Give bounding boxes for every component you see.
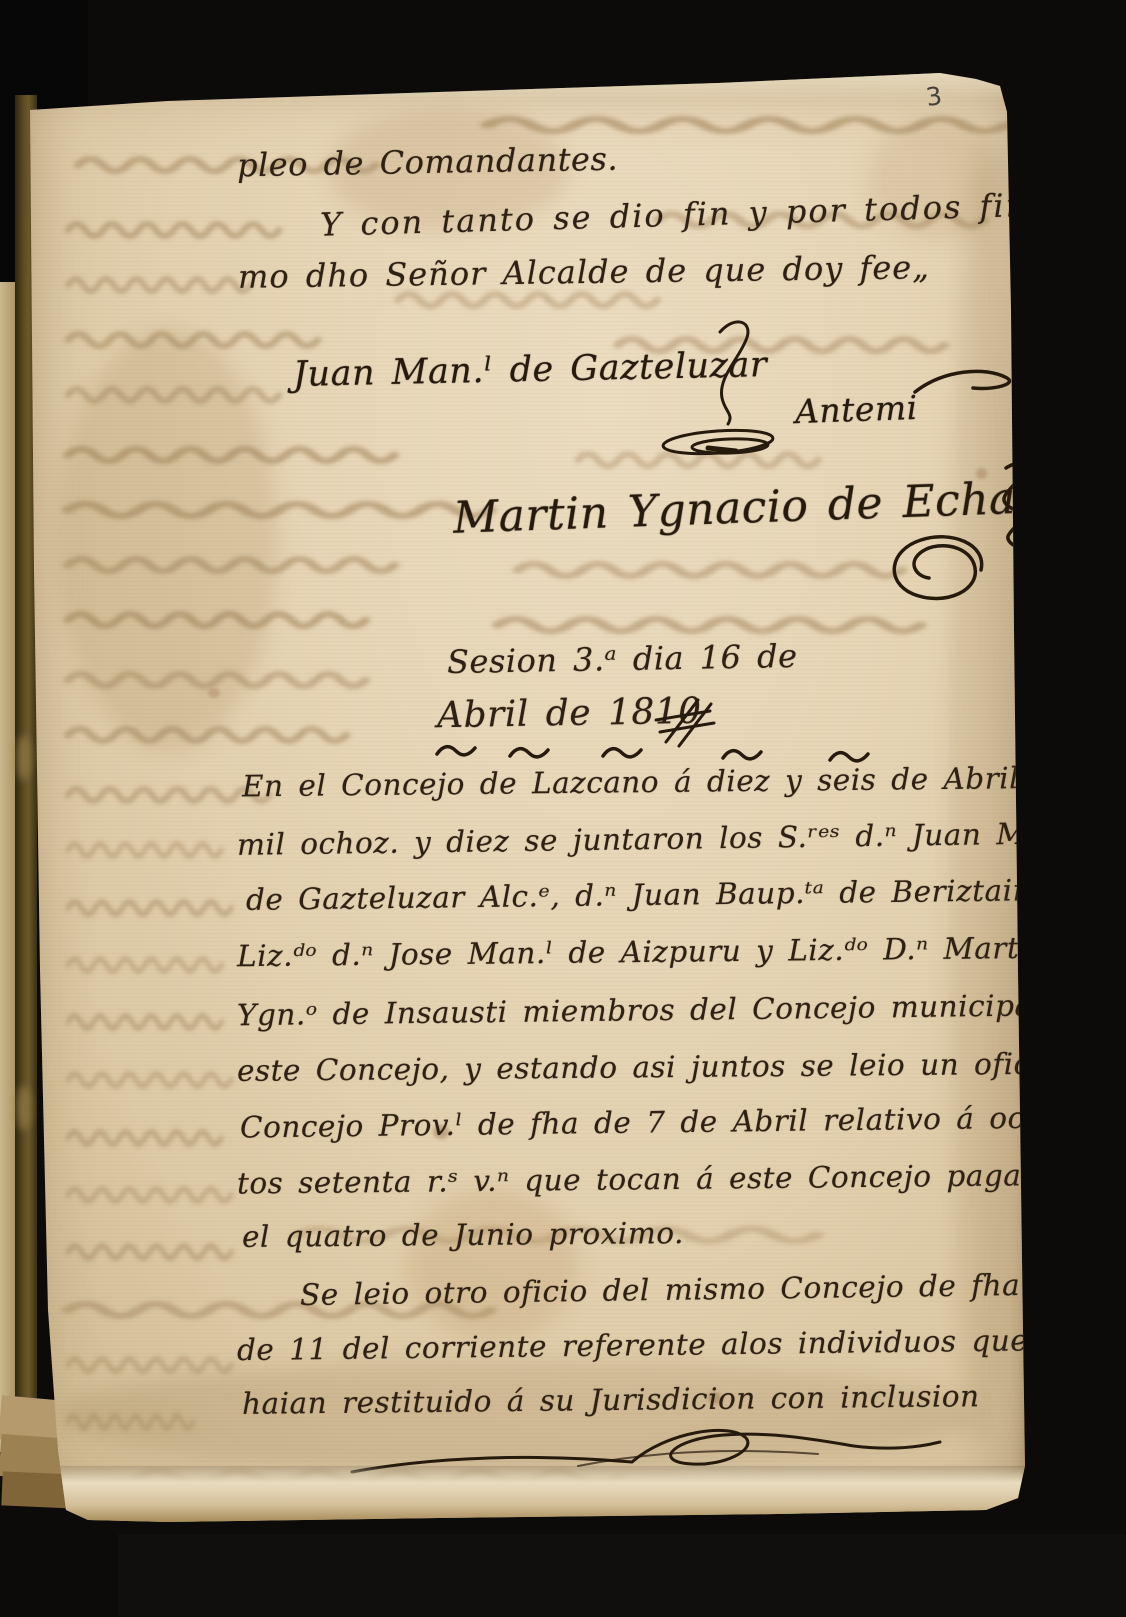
ante-mi-flourish [915, 371, 1009, 392]
heading-underline-tildes [437, 747, 868, 761]
manuscript-page: pleo de Comandantes. Y con tanto se dio … [18, 70, 1026, 1522]
flourish-layer [18, 70, 1026, 1522]
echarri-rubric-flourish [894, 463, 1025, 598]
backdrop-shadow-bottom [118, 1534, 1126, 1617]
year-hash-flourish [656, 700, 714, 746]
binding-knot [17, 1085, 31, 1131]
signature-rubric-flourish [662, 322, 773, 457]
photo-backdrop: pleo de Comandantes. Y con tanto se dio … [0, 0, 1126, 1617]
page-bottom-edge [18, 1466, 1026, 1522]
binding-knot [17, 735, 31, 781]
